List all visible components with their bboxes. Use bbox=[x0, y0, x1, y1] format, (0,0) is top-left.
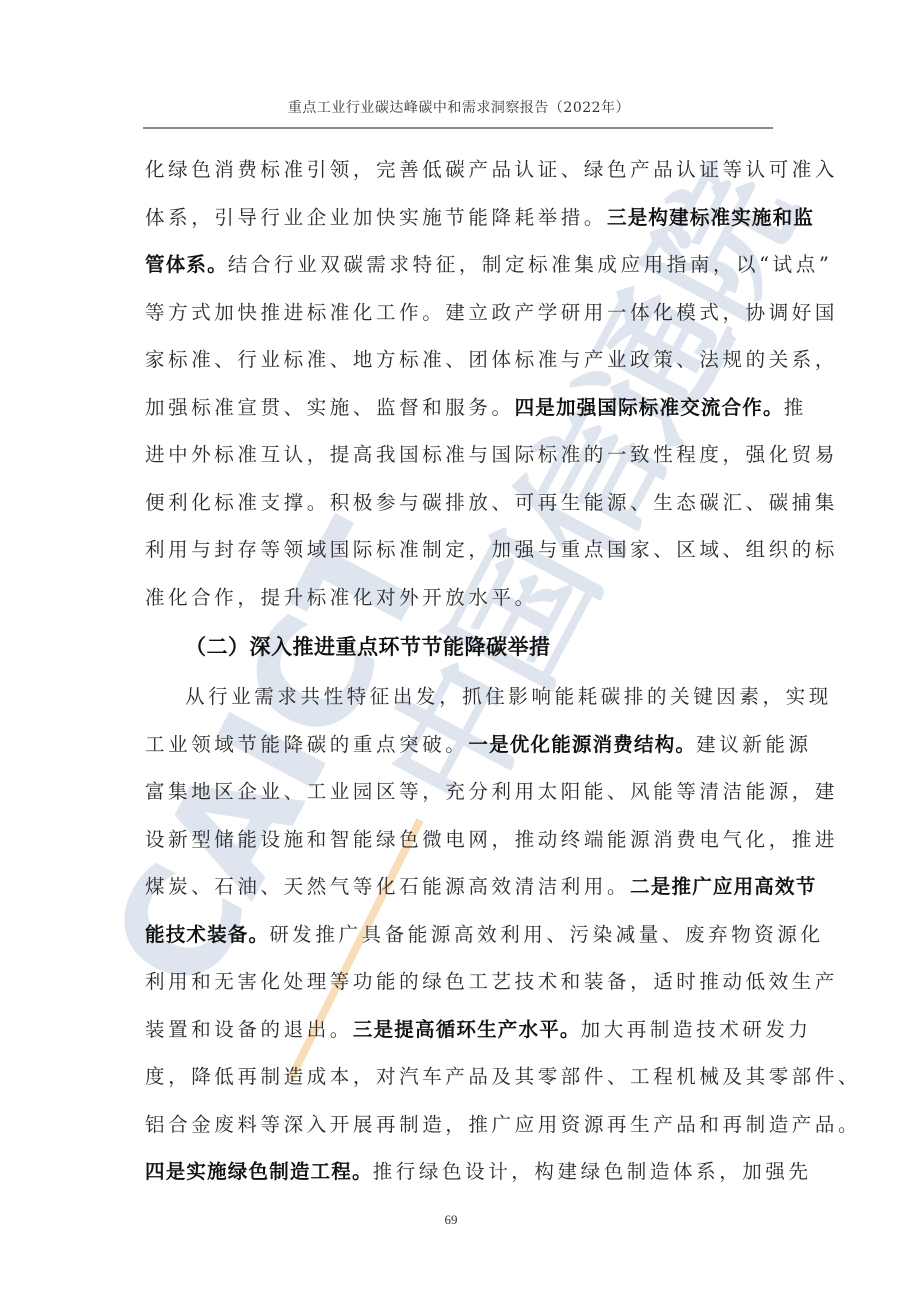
text-line: 工业领域节能降碳的重点突破。一是优化能源消费结构。建议新能源 bbox=[145, 725, 785, 773]
bold-key-point: 三是构建标准实施和监 bbox=[607, 206, 814, 229]
text-segment: 设新型储能设施和智能绿色微电网，推动终端能源消费电气化，推进 bbox=[145, 828, 838, 851]
text-line: 度，降低再制造成本，对汽车产品及其零部件、工程机械及其零部件、 bbox=[145, 1057, 785, 1105]
header-divider bbox=[143, 127, 773, 129]
text-line: 等方式加快推进标准化工作。建立政产学研用一体化模式，协调好国 bbox=[145, 293, 785, 341]
text-segment: 家标准、行业标准、地方标准、团体标准与产业政策、法规的关系， bbox=[145, 348, 838, 371]
text-segment: 从行业需求共性特征出发，抓住影响能耗碳排的关键因素，实现 bbox=[185, 685, 832, 708]
text-segment: 进中外标准互认，提高我国标准与国际标准的一致性程度，强化贸易 bbox=[145, 443, 838, 466]
text-line: 化绿色消费标准引领，完善低碳产品认证、绿色产品认证等认可准入 bbox=[145, 150, 785, 198]
bold-key-point: 二是推广应用高效节 bbox=[630, 875, 816, 898]
page-number: 69 bbox=[0, 1212, 902, 1228]
text-segment: 利用和无害化处理等功能的绿色工艺技术和装备，适时推动低效生产 bbox=[145, 970, 838, 993]
text-line: 富集地区企业、工业园区等，充分利用太阳能、风能等清洁能源，建 bbox=[145, 772, 785, 820]
section-heading: （二）深入推进重点环节节能降碳举措 bbox=[145, 625, 785, 677]
text-segment: 建议新能源 bbox=[696, 733, 812, 756]
text-segment: 结合行业双碳需求特征，制定标准集成应用指南，以“试点” bbox=[228, 253, 833, 276]
text-line: 利用和无害化处理等功能的绿色工艺技术和装备，适时推动低效生产 bbox=[145, 962, 785, 1010]
text-segment: 便利化标准支撑。积极参与碳排放、可再生能源、生态碳汇、碳捕集 bbox=[145, 491, 838, 514]
text-line: 加强标准宣贯、实施、监督和服务。四是加强国际标准交流合作。推 bbox=[145, 388, 785, 436]
text-segment: 研发推广具备能源高效利用、污染减量、废弃物资源化 bbox=[269, 923, 823, 946]
text-segment: 煤炭、石油、天然气等化石能源高效清洁利用。 bbox=[145, 875, 630, 898]
text-segment: 推 bbox=[784, 396, 807, 419]
text-segment: 等方式加快推进标准化工作。建立政产学研用一体化模式，协调好国 bbox=[145, 301, 838, 324]
text-segment: 化绿色消费标准引领，完善低碳产品认证、绿色产品认证等认可准入 bbox=[145, 158, 838, 181]
text-segment: 加大再制造技术研发力 bbox=[581, 1018, 812, 1041]
text-line: 准化合作，提升标准化对外开放水平。 bbox=[145, 578, 785, 626]
text-line: 能技术装备。研发推广具备能源高效利用、污染减量、废弃物资源化 bbox=[145, 915, 785, 963]
text-line: 煤炭、石油、天然气等化石能源高效清洁利用。二是推广应用高效节 bbox=[145, 867, 785, 915]
bold-key-point: 管体系。 bbox=[145, 253, 228, 276]
bold-key-point: 四是实施绿色制造工程。 bbox=[145, 1160, 373, 1183]
text-line: 利用与封存等领域国际标准制定，加强与重点国家、区域、组织的标 bbox=[145, 530, 785, 578]
text-line: 设新型储能设施和智能绿色微电网，推动终端能源消费电气化，推进 bbox=[145, 820, 785, 868]
text-segment: 富集地区企业、工业园区等，充分利用太阳能、风能等清洁能源，建 bbox=[145, 780, 838, 803]
text-line: 便利化标准支撑。积极参与碳排放、可再生能源、生态碳汇、碳捕集 bbox=[145, 483, 785, 531]
text-line: 进中外标准互认，提高我国标准与国际标准的一致性程度，强化贸易 bbox=[145, 435, 785, 483]
text-segment: 加强标准宣贯、实施、监督和服务。 bbox=[145, 396, 515, 419]
running-header: 重点工业行业碳达峰碳中和需求洞察报告（2022年） bbox=[145, 97, 773, 117]
text-segment: 利用与封存等领域国际标准制定，加强与重点国家、区域、组织的标 bbox=[145, 538, 838, 561]
text-line: 装置和设备的退出。三是提高循环生产水平。加大再制造技术研发力 bbox=[145, 1010, 785, 1058]
bold-key-point: 一是优化能源消费结构。 bbox=[468, 733, 696, 756]
bold-key-point: 能技术装备。 bbox=[145, 923, 269, 946]
bold-key-point: 三是提高循环生产水平。 bbox=[353, 1018, 581, 1041]
text-segment: 度，降低再制造成本，对汽车产品及其零部件、工程机械及其零部件、 bbox=[145, 1065, 861, 1088]
text-segment: 准化合作，提升标准化对外开放水平。 bbox=[145, 586, 538, 609]
text-line: 家标准、行业标准、地方标准、团体标准与产业政策、法规的关系， bbox=[145, 340, 785, 388]
text-line: 从行业需求共性特征出发，抓住影响能耗碳排的关键因素，实现 bbox=[145, 677, 785, 725]
text-line: 四是实施绿色制造工程。推行绿色设计，构建绿色制造体系，加强先 bbox=[145, 1152, 785, 1200]
page-body: 化绿色消费标准引领，完善低碳产品认证、绿色产品认证等认可准入体系，引导行业企业加… bbox=[145, 150, 785, 1200]
text-line: 体系，引导行业企业加快实施节能降耗举措。三是构建标准实施和监 bbox=[145, 198, 785, 246]
text-segment: 体系，引导行业企业加快实施节能降耗举措。 bbox=[145, 206, 607, 229]
text-segment: 装置和设备的退出。 bbox=[145, 1018, 353, 1041]
text-segment: 推行绿色设计，构建绿色制造体系，加强先 bbox=[373, 1160, 812, 1183]
text-segment: 工业领域节能降碳的重点突破。 bbox=[145, 733, 468, 756]
text-line: 铝合金废料等深入开展再制造，推广应用资源再生产品和再制造产品。 bbox=[145, 1105, 785, 1153]
text-line: 管体系。结合行业双碳需求特征，制定标准集成应用指南，以“试点” bbox=[145, 245, 785, 293]
text-segment: 铝合金废料等深入开展再制造，推广应用资源再生产品和再制造产品。 bbox=[145, 1113, 861, 1136]
bold-key-point: 四是加强国际标准交流合作。 bbox=[515, 396, 784, 419]
